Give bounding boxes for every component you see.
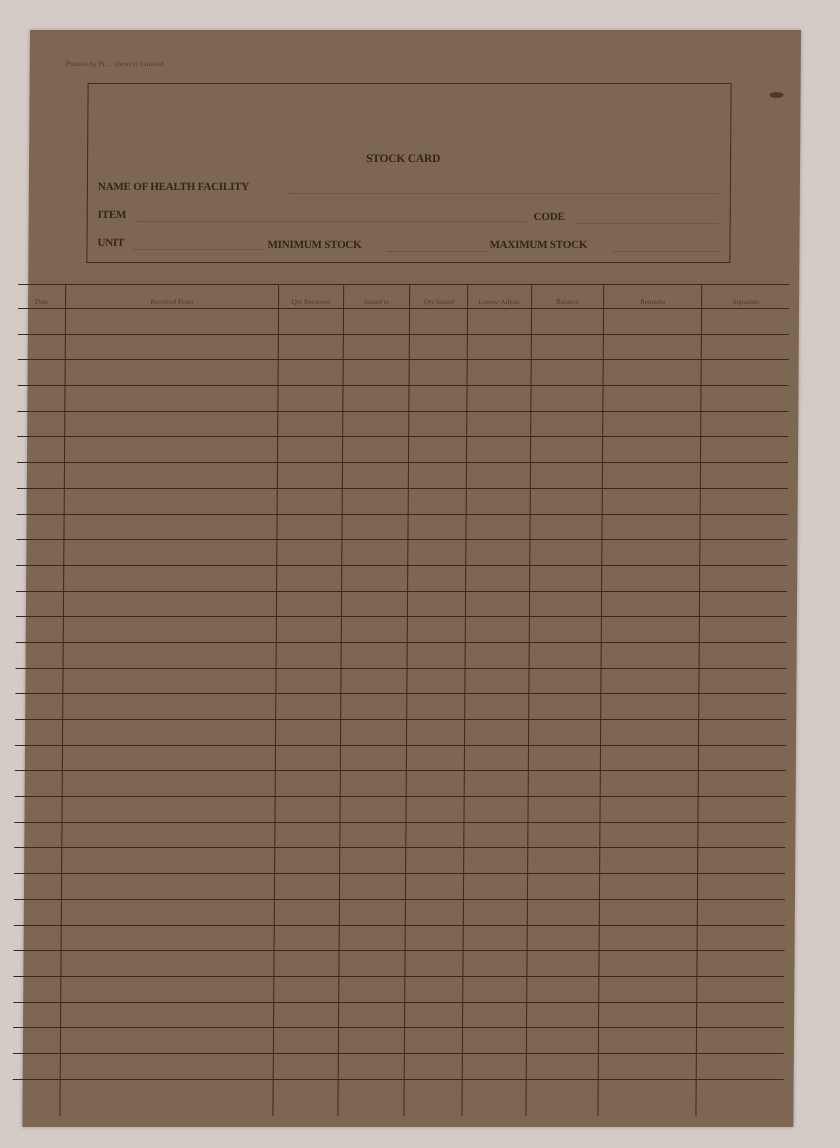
table-cell[interactable] [700, 642, 787, 668]
table-cell[interactable] [17, 386, 65, 412]
table-cell[interactable] [17, 411, 65, 437]
table-cell[interactable] [409, 386, 467, 412]
table-cell[interactable] [598, 976, 697, 1002]
table-cell[interactable] [700, 591, 787, 617]
table-cell[interactable] [698, 925, 785, 951]
table-cell[interactable] [601, 565, 700, 591]
table-cell[interactable] [701, 437, 788, 463]
table-cell[interactable] [13, 976, 61, 1002]
table-cell[interactable] [343, 386, 409, 412]
table-cell[interactable] [527, 874, 599, 900]
table-cell[interactable] [466, 488, 529, 514]
table-cell[interactable] [341, 591, 407, 617]
table-cell[interactable] [463, 1002, 526, 1028]
table-cell[interactable] [600, 822, 699, 848]
table-cell[interactable] [465, 720, 528, 746]
table-cell[interactable] [405, 976, 463, 1002]
table-cell[interactable] [602, 540, 701, 566]
table-cell[interactable] [342, 565, 408, 591]
table-cell[interactable] [600, 720, 699, 746]
table-cell[interactable] [14, 822, 62, 848]
table-cell[interactable] [275, 720, 340, 746]
table-cell[interactable] [276, 565, 341, 591]
table-cell[interactable] [64, 540, 277, 566]
table-cell[interactable] [338, 1002, 404, 1028]
table-cell[interactable] [407, 617, 465, 643]
table-cell[interactable] [530, 463, 602, 489]
table-row [13, 976, 784, 1002]
table-cell[interactable] [530, 437, 602, 463]
table-cell[interactable] [275, 745, 340, 771]
table-cell[interactable] [276, 642, 341, 668]
table-cell[interactable] [16, 617, 64, 643]
table-cell[interactable] [64, 514, 277, 540]
table-cell[interactable] [15, 745, 63, 771]
table-cell[interactable] [698, 797, 785, 823]
table-cell[interactable] [15, 720, 63, 746]
table-cell[interactable] [602, 463, 701, 489]
table-cell[interactable] [63, 591, 276, 617]
table-cell[interactable] [531, 334, 603, 360]
table-cell[interactable] [405, 951, 463, 977]
table-cell[interactable] [406, 797, 464, 823]
table-cell[interactable] [343, 309, 409, 335]
table-cell[interactable] [407, 668, 465, 694]
table-cell[interactable] [467, 411, 530, 437]
table-cell[interactable] [603, 334, 702, 360]
table-cell[interactable] [62, 720, 275, 746]
col-header-balance: Balance [531, 285, 603, 309]
table-row [14, 874, 785, 900]
table-cell[interactable] [277, 437, 342, 463]
table-cell[interactable] [603, 360, 702, 386]
table-cell[interactable] [273, 1028, 338, 1054]
table-cell[interactable] [342, 540, 408, 566]
table-cell[interactable] [62, 797, 275, 823]
table-cell[interactable] [16, 514, 64, 540]
table-cell[interactable] [701, 463, 788, 489]
table-cell[interactable] [528, 771, 600, 797]
table-cell[interactable] [277, 488, 342, 514]
table-cell[interactable] [276, 591, 341, 617]
table-cell[interactable] [600, 745, 699, 771]
table-cell[interactable] [407, 694, 465, 720]
table-cell[interactable] [18, 360, 66, 386]
table-cell[interactable] [408, 514, 466, 540]
table-cell[interactable] [529, 617, 601, 643]
table-cell[interactable] [697, 1002, 784, 1028]
table-cell[interactable] [339, 925, 405, 951]
table-cell[interactable] [529, 668, 601, 694]
table-cell[interactable] [599, 899, 698, 925]
table-cell[interactable] [529, 642, 601, 668]
table-cell[interactable] [17, 437, 65, 463]
table-cell[interactable] [62, 848, 275, 874]
table-cell[interactable] [405, 1002, 463, 1028]
table-row [17, 411, 788, 437]
table-cell[interactable] [61, 925, 274, 951]
table-cell[interactable] [527, 848, 599, 874]
table-cell[interactable] [14, 874, 62, 900]
max-stock-field[interactable] [612, 251, 717, 252]
table-cell[interactable] [277, 463, 342, 489]
table-cell[interactable] [342, 514, 408, 540]
table-cell[interactable] [63, 694, 276, 720]
table-cell[interactable] [598, 1079, 697, 1116]
table-cell[interactable] [463, 1028, 526, 1054]
table-cell[interactable] [341, 617, 407, 643]
table-cell[interactable] [702, 309, 789, 335]
table-cell[interactable] [63, 642, 276, 668]
table-cell[interactable] [341, 694, 407, 720]
table-cell[interactable] [12, 1079, 60, 1116]
table-cell[interactable] [531, 360, 603, 386]
table-cell[interactable] [14, 797, 62, 823]
table-cell[interactable] [61, 976, 274, 1002]
table-cell[interactable] [275, 771, 340, 797]
table-cell[interactable] [531, 309, 603, 335]
table-cell[interactable] [466, 591, 529, 617]
table-cell[interactable] [14, 899, 62, 925]
table-cell[interactable] [339, 874, 405, 900]
table-cell[interactable] [602, 488, 701, 514]
table-cell[interactable] [528, 745, 600, 771]
table-cell[interactable] [340, 745, 406, 771]
table-cell[interactable] [62, 771, 275, 797]
table-cell[interactable] [338, 1079, 404, 1116]
table-cell[interactable] [529, 591, 601, 617]
table-cell[interactable] [701, 411, 788, 437]
table-cell[interactable] [698, 848, 785, 874]
table-cell[interactable] [697, 951, 784, 977]
table-cell[interactable] [468, 334, 531, 360]
table-cell[interactable] [530, 411, 602, 437]
table-cell[interactable] [529, 540, 601, 566]
table-cell[interactable] [466, 565, 529, 591]
table-cell[interactable] [600, 694, 699, 720]
table-cell[interactable] [13, 1053, 61, 1079]
table-cell[interactable] [16, 540, 64, 566]
table-cell[interactable] [698, 899, 785, 925]
table-cell[interactable] [408, 463, 466, 489]
table-cell[interactable] [699, 720, 786, 746]
table-cell[interactable] [697, 1053, 784, 1079]
min-stock-field[interactable] [387, 251, 487, 252]
table-cell[interactable] [340, 720, 406, 746]
table-cell[interactable] [603, 386, 702, 412]
table-cell[interactable] [15, 668, 63, 694]
table-cell[interactable] [528, 694, 600, 720]
table-cell[interactable] [530, 488, 602, 514]
table-cell[interactable] [341, 668, 407, 694]
table-cell[interactable] [65, 309, 278, 335]
table-cell[interactable] [339, 951, 405, 977]
table-cell[interactable] [701, 386, 788, 412]
table-cell[interactable] [528, 720, 600, 746]
table-cell[interactable] [275, 668, 340, 694]
table-cell[interactable] [409, 437, 467, 463]
table-cell[interactable] [61, 951, 274, 977]
table-cell[interactable] [16, 565, 64, 591]
table-cell[interactable] [405, 899, 463, 925]
table-cell[interactable] [700, 540, 787, 566]
table-cell[interactable] [463, 925, 526, 951]
table-cell[interactable] [467, 360, 530, 386]
table-cell[interactable] [339, 899, 405, 925]
table-cell[interactable] [14, 848, 62, 874]
table-row [14, 848, 785, 874]
table-cell[interactable] [406, 771, 464, 797]
table-cell[interactable] [601, 642, 700, 668]
table-cell[interactable] [17, 463, 65, 489]
code-field[interactable] [578, 223, 718, 224]
table-cell[interactable] [601, 668, 700, 694]
table-cell[interactable] [15, 771, 63, 797]
table-cell[interactable] [278, 309, 343, 335]
table-cell[interactable] [466, 617, 529, 643]
table-cell[interactable] [278, 360, 343, 386]
table-cell[interactable] [406, 745, 464, 771]
table-cell[interactable] [404, 1053, 462, 1079]
table-cell[interactable] [277, 514, 342, 540]
table-cell[interactable] [274, 874, 339, 900]
table-cell[interactable] [274, 848, 339, 874]
table-cell[interactable] [338, 1028, 404, 1054]
table-cell[interactable] [697, 1028, 784, 1054]
table-cell[interactable] [465, 745, 528, 771]
table-cell[interactable] [64, 488, 277, 514]
table-cell[interactable] [699, 668, 786, 694]
table-cell[interactable] [274, 822, 339, 848]
table-cell[interactable] [407, 720, 465, 746]
table-cell[interactable] [405, 925, 463, 951]
table-cell[interactable] [65, 386, 278, 412]
table-cell[interactable] [602, 411, 701, 437]
table-cell[interactable] [343, 411, 409, 437]
table-cell[interactable] [63, 668, 276, 694]
table-cell[interactable] [60, 1079, 273, 1116]
table-cell[interactable] [406, 822, 464, 848]
table-cell[interactable] [408, 565, 466, 591]
table-cell[interactable] [275, 797, 340, 823]
table-cell[interactable] [527, 951, 599, 977]
table-cell[interactable] [17, 488, 65, 514]
table-cell[interactable] [65, 334, 278, 360]
table-cell[interactable] [13, 1028, 61, 1054]
table-cell[interactable] [16, 591, 64, 617]
table-cell[interactable] [63, 617, 276, 643]
table-row [17, 437, 788, 463]
table-cell[interactable] [467, 437, 530, 463]
table-cell[interactable] [526, 1053, 598, 1079]
table-cell[interactable] [600, 771, 699, 797]
table-cell[interactable] [527, 899, 599, 925]
table-cell[interactable] [528, 797, 600, 823]
table-cell[interactable] [342, 488, 408, 514]
table-cell[interactable] [466, 540, 529, 566]
table-cell[interactable] [700, 565, 787, 591]
table-row [16, 514, 787, 540]
table-cell[interactable] [63, 565, 276, 591]
table-header-row: Date Received From Qty Received Issued t… [18, 285, 789, 309]
table-cell[interactable] [527, 925, 599, 951]
table-cell[interactable] [277, 411, 342, 437]
facility-field[interactable] [288, 193, 718, 194]
table-cell[interactable] [700, 617, 787, 643]
table-cell[interactable] [60, 1002, 273, 1028]
table-cell[interactable] [339, 976, 405, 1002]
table-cell[interactable] [13, 1002, 61, 1028]
unit-field[interactable] [133, 249, 263, 250]
table-cell[interactable] [273, 976, 338, 1002]
table-cell[interactable] [18, 334, 66, 360]
table-cell[interactable] [696, 1079, 783, 1116]
table-cell[interactable] [276, 617, 341, 643]
table-cell[interactable] [341, 642, 407, 668]
table-cell[interactable] [342, 463, 408, 489]
table-cell[interactable] [340, 771, 406, 797]
table-cell[interactable] [527, 822, 599, 848]
table-cell[interactable] [343, 334, 409, 360]
table-cell[interactable] [340, 848, 406, 874]
table-row [14, 899, 785, 925]
table-cell[interactable] [464, 899, 527, 925]
table-cell[interactable] [64, 463, 277, 489]
table-cell[interactable] [278, 334, 343, 360]
table-cell[interactable] [404, 1079, 463, 1116]
table-cell[interactable] [467, 386, 530, 412]
table-cell[interactable] [602, 514, 701, 540]
table-cell[interactable] [273, 1002, 338, 1028]
table-cell[interactable] [599, 951, 698, 977]
table-cell[interactable] [274, 899, 339, 925]
printer-note: Printed by Pr… (Jersey) Limited [66, 60, 164, 68]
table-cell[interactable] [600, 797, 699, 823]
table-cell[interactable] [526, 1028, 598, 1054]
table-cell[interactable] [466, 514, 529, 540]
table-cell[interactable] [530, 514, 602, 540]
table-cell[interactable] [407, 642, 465, 668]
table-cell[interactable] [599, 874, 698, 900]
table-cell[interactable] [408, 488, 466, 514]
table-cell[interactable] [463, 1053, 526, 1079]
table-cell[interactable] [467, 463, 530, 489]
table-cell[interactable] [702, 334, 789, 360]
table-cell[interactable] [599, 925, 698, 951]
table-cell[interactable] [409, 334, 467, 360]
table-cell[interactable] [699, 771, 786, 797]
item-field[interactable] [136, 221, 526, 222]
table-cell[interactable] [526, 1002, 598, 1028]
table-cell[interactable] [598, 1002, 697, 1028]
table-cell[interactable] [530, 386, 602, 412]
table-cell[interactable] [409, 360, 467, 386]
table-cell[interactable] [526, 1079, 598, 1116]
table-cell[interactable] [64, 437, 277, 463]
table-cell[interactable] [468, 309, 531, 335]
table-cell[interactable] [463, 951, 526, 977]
table-cell[interactable] [409, 309, 467, 335]
table-cell[interactable] [274, 925, 339, 951]
table-cell[interactable] [61, 899, 274, 925]
table-cell[interactable] [699, 745, 786, 771]
table-cell[interactable] [16, 642, 64, 668]
table-cell[interactable] [273, 1079, 339, 1116]
table-cell[interactable] [465, 694, 528, 720]
table-cell[interactable] [338, 1053, 404, 1079]
table-cell[interactable] [14, 925, 62, 951]
table-cell[interactable] [60, 1053, 273, 1079]
table-cell[interactable] [340, 797, 406, 823]
table-cell[interactable] [464, 848, 527, 874]
table-cell[interactable] [463, 976, 526, 1002]
card-title: STOCK CARD [366, 153, 440, 165]
table-cell[interactable] [65, 360, 278, 386]
table-cell[interactable] [275, 694, 340, 720]
table-cell[interactable] [277, 386, 342, 412]
table-cell[interactable] [407, 591, 465, 617]
table-cell[interactable] [62, 822, 275, 848]
max-stock-label: MAXIMUM STOCK [489, 239, 587, 251]
table-cell[interactable] [464, 797, 527, 823]
table-cell[interactable] [702, 360, 789, 386]
table-cell[interactable] [15, 694, 63, 720]
table-cell[interactable] [406, 848, 464, 874]
table-cell[interactable] [65, 411, 278, 437]
table-cell[interactable] [342, 437, 408, 463]
table-cell[interactable] [598, 1028, 697, 1054]
table-cell[interactable] [465, 668, 528, 694]
table-row [16, 591, 787, 617]
table-cell[interactable] [408, 540, 466, 566]
table-cell[interactable] [698, 822, 785, 848]
table-cell[interactable] [60, 1028, 273, 1054]
table-cell[interactable] [61, 874, 274, 900]
table-cell[interactable] [599, 848, 698, 874]
table-cell[interactable] [700, 514, 787, 540]
table-cell[interactable] [698, 874, 785, 900]
table-cell[interactable] [406, 874, 464, 900]
table-cell[interactable] [529, 565, 601, 591]
code-label: CODE [534, 211, 565, 223]
table-cell[interactable] [464, 822, 527, 848]
table-cell[interactable] [273, 1053, 338, 1079]
table-cell[interactable] [340, 822, 406, 848]
table-cell[interactable] [276, 540, 341, 566]
table-cell[interactable] [697, 976, 784, 1002]
table-cell[interactable] [464, 874, 527, 900]
table-cell[interactable] [409, 411, 467, 437]
table-cell[interactable] [701, 488, 788, 514]
table-cell[interactable] [598, 1053, 697, 1079]
table-cell[interactable] [13, 951, 61, 977]
table-cell[interactable] [602, 437, 701, 463]
table-cell[interactable] [462, 1079, 526, 1116]
table-cell[interactable] [601, 617, 700, 643]
table-cell[interactable] [343, 360, 409, 386]
table-cell[interactable] [603, 309, 702, 335]
table-cell[interactable] [62, 745, 275, 771]
table-cell[interactable] [465, 771, 528, 797]
table-cell[interactable] [601, 591, 700, 617]
table-cell[interactable] [526, 976, 598, 1002]
table-cell[interactable] [274, 951, 339, 977]
table-cell[interactable] [18, 309, 66, 335]
table-cell[interactable] [404, 1028, 462, 1054]
table-cell[interactable] [699, 694, 786, 720]
table-cell[interactable] [465, 642, 528, 668]
table-row [16, 565, 787, 591]
